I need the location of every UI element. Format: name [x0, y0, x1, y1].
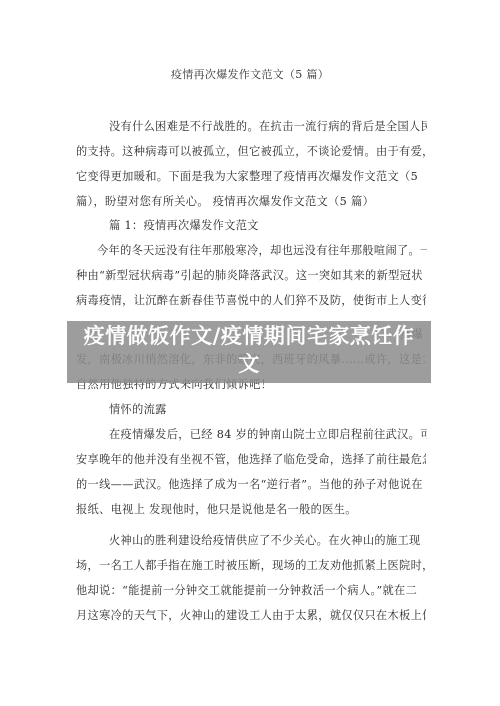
intro-line-4: 篇），盼望对您有所关心。 疫情再次爆发作文范文（5 篇） [76, 195, 426, 209]
intro-line-2: 的支持。这种病毒可以被孤立，但它被孤立，不谈论爱情。由于有爱， [76, 145, 426, 159]
section1-line-2: 种由“新型冠状病毒”引起的肺炎降落武汉。这一突如其来的新型冠状 [76, 269, 426, 283]
para2-line-1: 在疫情爆发后，已经 84 岁的钟南山院士立即启程前往武汉。可以 [109, 428, 427, 442]
subheading: 情怀的流露 [109, 403, 427, 417]
document-page: 疫情再次爆发作文范文（5 篇） 没有什么困难是不行战胜的。在抗击一流行病的背后是… [0, 0, 500, 706]
intro-line-1: 没有什么困难是不行战胜的。在抗击一流行病的背后是全国人民 [109, 120, 427, 134]
para3-line-2: 场，一名工人都手指在施工时被压断，现场的工友劝他抓紧上医院时， [76, 559, 426, 573]
section-heading: 篇 1：疫情再次爆发作文范文 [109, 219, 427, 233]
para3-line-3: 他却说：“能提前一分钟交工就能提前一分钟救活一个病人。”就在二 [76, 584, 426, 598]
overlay-title: 疫情做饭作文/疫情期间宅家烹饪作文 [67, 322, 431, 378]
para3-line-1: 火神山的胜利建设给疫情供应了不少关心。在火神山的施工现 [109, 534, 427, 548]
para3-line-4: 月这寒冷的天气下，火神山的建设工人由于太累，就仅仅只在木板上休 [76, 609, 426, 623]
para2-line-2: 安享晚年的他并没有坐视不管，他选择了临危受命，选择了前往最危急 [76, 453, 426, 467]
document-title: 疫情再次爆发作文范文（5 篇） [0, 66, 500, 82]
section1-line-1: 今年的冬天远没有往年那般寒冷，却也远没有往年那般喧闹了。一 [97, 244, 427, 258]
intro-line-3: 它变得更加暖和。下面是我为大家整理了疫情再次爆发作文范文（5 [76, 170, 426, 184]
para2-line-3: 的一线——武汉。他选择了成为一名“逆行者”。当他的孙子对他说在 [76, 478, 426, 492]
para2-line-4: 报纸、电视上 发现他时，他只是说他是名一般的医生。 [76, 503, 426, 517]
section1-line-3: 病毒疫情，让沉醉在新春佳节喜悦中的人们猝不及防，使街市上人变得 [76, 294, 426, 308]
